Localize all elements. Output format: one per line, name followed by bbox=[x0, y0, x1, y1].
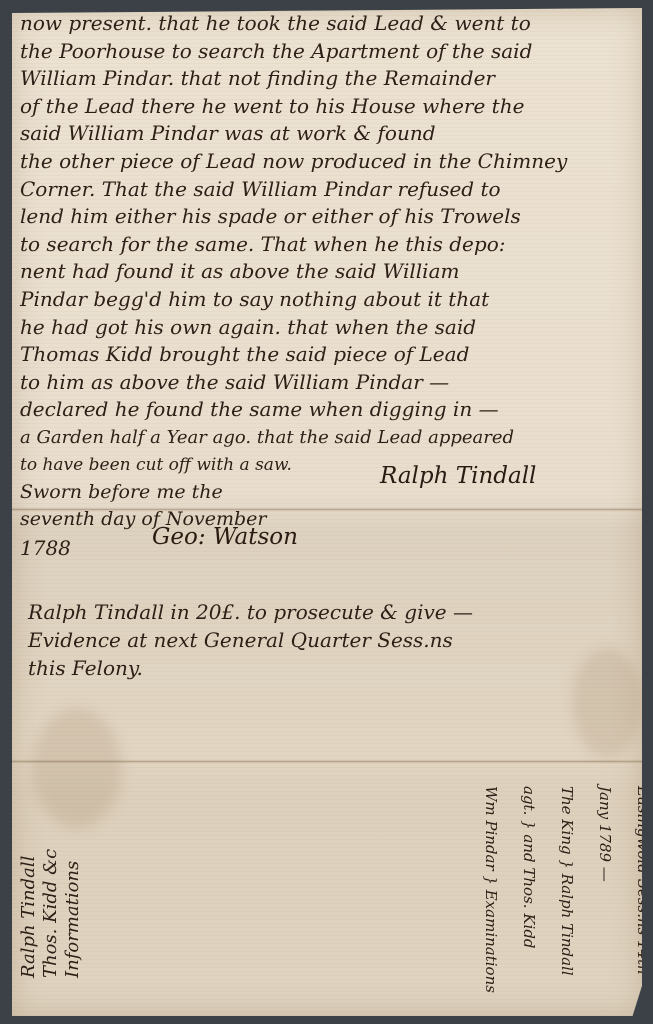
endorsement-line: Jany 1789 — bbox=[586, 786, 624, 1024]
text-line: the Poorhouse to search the Apartment of… bbox=[20, 38, 636, 66]
text-line: the other piece of Lead now produced in … bbox=[20, 148, 636, 176]
text-line: to search for the same. That when he thi… bbox=[20, 231, 636, 259]
text-line: now present. that he took the said Lead … bbox=[20, 10, 636, 38]
text-line: said William Pindar was at work & found bbox=[20, 120, 636, 148]
endorsement-line: Wm Pindar } Examinations bbox=[472, 786, 510, 1024]
text-line: Pindar begg'd him to say nothing about i… bbox=[20, 286, 636, 314]
endorsement-line: Ralph Tindall bbox=[18, 768, 40, 978]
text-line: Corner. That the said William Pindar ref… bbox=[20, 176, 636, 204]
deposition-text: now present. that he took the said Lead … bbox=[20, 10, 636, 479]
text-line: to him as above the said William Pindar … bbox=[20, 369, 636, 397]
justice-signature: Geo: Watson bbox=[152, 524, 298, 550]
text-line: William Pindar. that not finding the Rem… bbox=[20, 65, 636, 93]
text-line: Thomas Kidd brought the said piece of Le… bbox=[20, 341, 636, 369]
text-line: Evidence at next General Quarter Sess.ns bbox=[28, 626, 628, 654]
endorsement-line: Easingwold Sess.ns 14th bbox=[624, 786, 653, 1024]
endorsement-line: Thos. Kidd &c bbox=[40, 768, 62, 978]
text-line: lend him either his spade or either of h… bbox=[20, 203, 636, 231]
recognizance-note: Ralph Tindall in 20£. to prosecute & giv… bbox=[28, 598, 628, 682]
endorsement-line: The King } Ralph Tindall bbox=[548, 786, 586, 1024]
text-line: declared he found the same when digging … bbox=[20, 396, 636, 424]
text-line: a Garden half a Year ago. that the said … bbox=[20, 424, 636, 452]
text-line: he had got his own again. that when the … bbox=[20, 314, 636, 342]
endorsement-left: Ralph Tindall Thos. Kidd &c Informations bbox=[18, 768, 168, 978]
text-line: nent had found it as above the said Will… bbox=[20, 258, 636, 286]
text-line: to have been cut off with a saw. bbox=[20, 452, 636, 480]
fold-line bbox=[12, 760, 642, 763]
jurat-line: Sworn before me the bbox=[20, 479, 266, 506]
text-line: of the Lead there he went to his House w… bbox=[20, 93, 636, 121]
endorsement-right: Easingwold Sess.ns 14th Jany 1789 — The … bbox=[472, 786, 653, 1024]
text-line: this Felony. bbox=[28, 654, 628, 682]
manuscript-page: now present. that he took the said Lead … bbox=[12, 8, 642, 1016]
endorsement-line: Informations bbox=[62, 768, 84, 978]
deponent-signature: Ralph Tindall bbox=[380, 463, 536, 489]
endorsement-line: agt. } and Thos. Kidd bbox=[510, 786, 548, 1024]
text-line: Ralph Tindall in 20£. to prosecute & giv… bbox=[28, 598, 628, 626]
